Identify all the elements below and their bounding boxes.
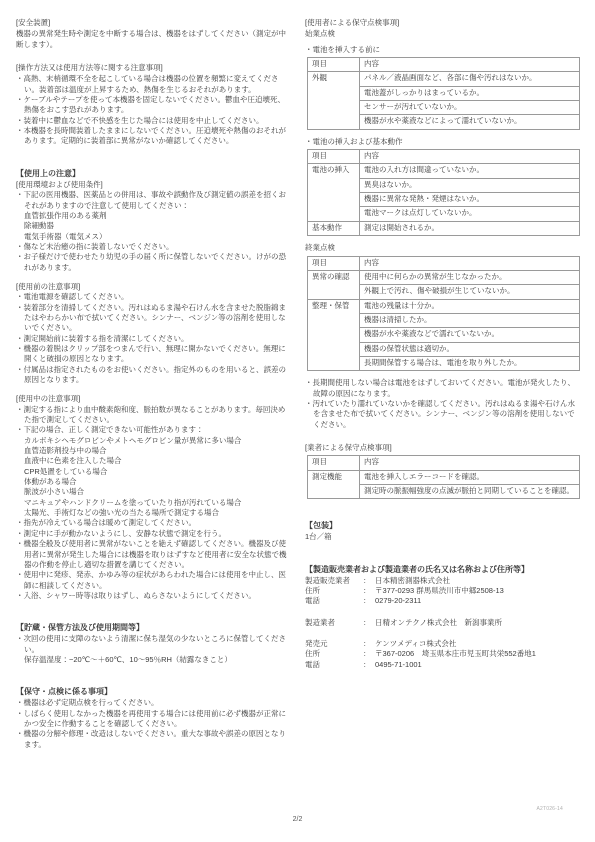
- bullet-text: ・入浴、シャワー時等は取りはずし、ぬらさないようにしてください。: [16, 591, 256, 600]
- bullet-item: ・入浴、シャワー時等は取りはずし、ぬらさないようにしてください。: [16, 591, 292, 601]
- table-row: 基本動作測定は開始されるか。: [308, 221, 580, 235]
- two-column-layout: [安全装置]機器の異常発生時や測定を中断する場合は、機器をはずしてください（測定…: [16, 18, 581, 750]
- info-label: 住所: [305, 649, 363, 659]
- bullet-text: ・機器の着脱はクリップ部をつまんで行い、無理に開かないでください。無理に開くと破…: [16, 344, 286, 363]
- inspection-table: 項目内容電池の挿入電池の入れ方は間違っていないか。異臭はないか。機器に異常な発熱…: [307, 149, 580, 236]
- bullet-item: ・長期間使用しない場合は電池をはずしておいてください。電池が発火したり、故障の原…: [305, 378, 581, 399]
- section-title: [業者による保守点検事項]: [305, 443, 581, 453]
- info-row: 発売元：ケンツメディコ株式会社: [305, 639, 581, 649]
- bullet-subline: 除細動器: [24, 221, 292, 231]
- bullet-item: ・装着中に鬱血などで不快感を生じた場合には使用を中止してください。: [16, 116, 292, 126]
- bullet-text: ・傷など未治癒の指に装着しないでください。: [16, 242, 174, 251]
- info-row: 製造業者：日精オンテクノ株式会社 新潟事業所: [305, 618, 581, 628]
- section: [操作方法又は使用方法等に関する注意事項]・高熱、末梢循環不全を起こしている場合…: [16, 63, 292, 147]
- section: 【製造販売業者および製造業者の氏名又は名称および住所等】製造販売業者：日本精密測…: [305, 564, 581, 670]
- info-value: 〒367-0206 埼玉県本庄市児玉町共栄552番地1: [375, 649, 581, 659]
- info-value: ケンツメディコ株式会社: [375, 639, 581, 649]
- table-header-cell: 項目: [308, 150, 360, 164]
- table-header-cell: 項目: [308, 256, 360, 270]
- bullet-text: ・本機器を長時間装着したままにしないでください。圧迫壊死や熱傷のおそれがあります…: [16, 126, 286, 145]
- bullet-item: ・測定開始前に装着する指を清潔にしてください。: [16, 334, 292, 344]
- subsection-title: [使用中の注意事項]: [16, 394, 292, 404]
- info-value: 0279-20-2311: [375, 596, 581, 606]
- table-content-cell: 異臭はないか。: [360, 178, 580, 192]
- table-header-cell: 内容: [360, 256, 580, 270]
- table-content-cell: 外観上で汚れ、傷や破損が生じていないか。: [360, 285, 580, 299]
- table-row: 測定機能電池を挿入しエラーコードを確認。: [308, 470, 580, 484]
- info-group: 製造業者：日精オンテクノ株式会社 新潟事業所: [305, 618, 581, 628]
- section-title: 【製造販売業者および製造業者の氏名又は名称および住所等】: [305, 564, 581, 575]
- section-title: 【貯蔵・保管方法及び使用期間等】: [16, 622, 292, 633]
- bullet-item: ・測定する指により血中酸素飽和度、脈拍数が異なることがあります。毎回決めた指で測…: [16, 405, 292, 426]
- section-title: [使用者による保守点検事項]: [305, 18, 581, 28]
- inspection-table: 項目内容外観パネル／液晶画面など、各部に傷や汚れはないか。電池蓋がしっかりはまっ…: [307, 57, 580, 130]
- bullet-text: ・装着部分を清掃してください。汚れはぬるま湯や石けん水を含ませた脱脂綿またはやわ…: [16, 303, 286, 333]
- inspection-table: 項目内容異常の確認使用中に何らかの異常が生じなかったか。外観上で汚れ、傷や破損が…: [307, 256, 580, 372]
- bullet-item: ・お子様だけで使わせたり幼児の手の届く所に保管しないでください。けがの恐れがあり…: [16, 252, 292, 273]
- bullet-text: ・ケーブルやテープを使って本機器を固定しないでください。鬱血や圧迫壊死、熱傷をお…: [16, 95, 285, 114]
- table-content-cell: 電池蓋がしっかりはまっているか。: [360, 86, 580, 100]
- bullet-text: ・測定中に手が動かないようにし、安静な状態で測定を行う。: [16, 529, 226, 538]
- table-content-cell: センサーが汚れていないか。: [360, 101, 580, 115]
- table-item-cell: 整理・保管: [308, 299, 360, 371]
- info-colon: ：: [363, 618, 375, 628]
- info-row: 電話：0495-71-1001: [305, 660, 581, 670]
- paragraph: 始業点検: [305, 29, 581, 39]
- paragraph: ・電池の挿入および基本動作: [305, 137, 581, 147]
- info-value: 0495-71-1001: [375, 660, 581, 670]
- bullet-text: ・しばらく使用しなかった機器を再使用する場合には使用前に必ず機器が正常にかつ安全…: [16, 709, 286, 728]
- bullet-text: ・高熱、末梢循環不全を起こしている場合は機器の位置を頻繁に変えてください。装着部…: [16, 74, 279, 93]
- table-content-cell: 測定は開始されるか。: [360, 221, 580, 235]
- section: 【貯蔵・保管方法及び使用期間等】・次回の使用に支障のないよう清潔に保ち湿気の少な…: [16, 622, 292, 665]
- table-content-cell: 測定時の脈振幅強度の点滅が脈拍と同期していることを確認。: [360, 485, 580, 499]
- paragraph: 終業点検: [305, 243, 581, 253]
- section: [業者による保守点検事項]項目内容測定機能電池を挿入しエラーコードを確認。測定時…: [305, 443, 581, 499]
- bullet-item: ・使用中に発疹、発赤、かゆみ等の症状があらわれた場合には使用を中止し、医師に相談…: [16, 570, 292, 591]
- bullet-text: ・指先が冷えている場合は暖めて測定してください。: [16, 518, 196, 527]
- bullet-subline: 血管造影剤投与中の場合: [24, 446, 292, 456]
- info-label: 製造販売業者: [305, 576, 363, 586]
- info-group: 製造販売業者：日本精密測器株式会社住所：〒377-0293 群馬県渋川市中郷25…: [305, 576, 581, 607]
- bullet-item: ・機器は必ず定期点検を行ってください。: [16, 698, 292, 708]
- bullet-text: ・装着中に鬱血などで不快感を生じた場合には使用を中止してください。: [16, 116, 264, 125]
- bullet-text: ・測定する指により血中酸素飽和度、脈拍数が異なることがあります。毎回決めた指で測…: [16, 405, 285, 424]
- section: 【保守・点検に係る事項】・機器は必ず定期点検を行ってください。・しばらく使用しな…: [16, 686, 292, 750]
- table-row: 異常の確認使用中に何らかの異常が生じなかったか。: [308, 270, 580, 284]
- info-label: 発売元: [305, 639, 363, 649]
- section-title: [操作方法又は使用方法等に関する注意事項]: [16, 63, 292, 73]
- table-content-cell: 機器に異常な発熱・発煙はないか。: [360, 193, 580, 207]
- bullet-text: ・機器は必ず定期点検を行ってください。: [16, 698, 159, 707]
- bullet-text: ・使用中に発疹、発赤、かゆみ等の症状があらわれた場合には使用を中止し、医師に相談…: [16, 570, 286, 589]
- table-header-row: 項目内容: [308, 456, 580, 470]
- bullet-item: ・下記の場合、正しく測定できない可能性があります：カルボキシヘモグロビンやメトヘ…: [16, 425, 292, 518]
- section-title: 【包装】: [305, 520, 581, 531]
- table-row: 電池の挿入電池の入れ方は間違っていないか。: [308, 164, 580, 178]
- bullet-text: ・機器全般及び使用者に異常がないことを絶えず確認してください。機器及び使用者に異…: [16, 539, 287, 569]
- table-item-cell: 測定機能: [308, 470, 360, 499]
- info-group: 発売元：ケンツメディコ株式会社住所：〒367-0206 埼玉県本庄市児玉町共栄5…: [305, 639, 581, 670]
- right-column: [使用者による保守点検事項]始業点検・電池を挿入する前に項目内容外観パネル／液晶…: [305, 18, 581, 750]
- table-content-cell: 機器が水や薬液などで濡れていないか。: [360, 328, 580, 342]
- section: [使用者による保守点検事項]始業点検・電池を挿入する前に項目内容外観パネル／液晶…: [305, 18, 581, 430]
- section-title: 【保守・点検に係る事項】: [16, 686, 292, 697]
- table-header-row: 項目内容: [308, 58, 580, 72]
- bullet-subline: 太陽光、手術灯などの強い光の当たる場所で測定する場合: [24, 508, 292, 518]
- table-row: 外観パネル／液晶画面など、各部に傷や汚れはないか。: [308, 72, 580, 86]
- subsection-title: [使用環境および使用条件]: [16, 180, 292, 190]
- table-content-cell: 電池の残量は十分か。: [360, 299, 580, 313]
- info-row: 住所：〒367-0206 埼玉県本庄市児玉町共栄552番地1: [305, 649, 581, 659]
- bullet-subline: 電気手術器（電気メス）: [24, 232, 292, 242]
- info-label: 製造業者: [305, 618, 363, 628]
- bullet-text: ・機器の分解や修理・改造はしないでください。重大な事故や誤差の原因となります。: [16, 729, 286, 748]
- bullet-item: ・次回の使用に支障のないよう清潔に保ち湿気の少ないところに保管してください。保存…: [16, 634, 292, 665]
- subsection-title: [使用前の注意事項]: [16, 282, 292, 292]
- info-label: 電話: [305, 596, 363, 606]
- inspection-table: 項目内容測定機能電池を挿入しエラーコードを確認。測定時の脈振幅強度の点滅が脈拍と…: [307, 455, 580, 499]
- bullet-text: ・次回の使用に支障のないよう清潔に保ち湿気の少ないところに保管してください。: [16, 634, 286, 653]
- bullet-item: ・指先が冷えている場合は暖めて測定してください。: [16, 518, 292, 528]
- table-header-cell: 内容: [360, 150, 580, 164]
- info-row: 住所：〒377-0293 群馬県渋川市中郷2508-13: [305, 586, 581, 596]
- table-content-cell: 長期間保管する場合は、電池を取り外したか。: [360, 356, 580, 370]
- bullet-text: ・付属品は指定されたものをお使いください。指定外のものを用いると、誤差の原因とな…: [16, 365, 286, 384]
- info-colon: ：: [363, 586, 375, 596]
- bullet-text: ・測定開始前に装着する指を清潔にしてください。: [16, 334, 189, 343]
- paragraph: 1台／箱: [305, 532, 581, 542]
- section: [安全装置]機器の異常発生時や測定を中断する場合は、機器をはずしてください（測定…: [16, 18, 292, 50]
- bullet-item: ・機器全般及び使用者に異常がないことを絶えず確認してください。機器及び使用者に異…: [16, 539, 292, 570]
- bullet-text: ・汚れていたり濡れていないかを確認してください。汚れはぬるま湯や石けん水を含ませ…: [305, 399, 575, 429]
- info-row: 電話：0279-20-2311: [305, 596, 581, 606]
- bullet-text: ・お子様だけで使わせたり幼児の手の届く所に保管しないでください。けがの恐れがあり…: [16, 252, 286, 271]
- section-title: [安全装置]: [16, 18, 292, 28]
- bullet-item: ・しばらく使用しなかった機器を再使用する場合には使用前に必ず機器が正常にかつ安全…: [16, 709, 292, 730]
- section-title: 【使用上の注意】: [16, 168, 292, 179]
- table-content-cell: 機器は清掃したか。: [360, 313, 580, 327]
- table-content-cell: 電池を挿入しエラーコードを確認。: [360, 470, 580, 484]
- bullet-item: ・高熱、末梢循環不全を起こしている場合は機器の位置を頻繁に変えてください。装着部…: [16, 74, 292, 95]
- bullet-item: ・傷など未治癒の指に装着しないでください。: [16, 242, 292, 252]
- table-item-cell: 外観: [308, 72, 360, 129]
- table-content-cell: 電池の入れ方は間違っていないか。: [360, 164, 580, 178]
- paragraph: 機器の異常発生時や測定を中断する場合は、機器をはずしてください（測定が中断します…: [16, 29, 292, 50]
- table-content-cell: 使用中に何らかの異常が生じなかったか。: [360, 270, 580, 284]
- bullet-item: ・電池電源を確認してください。: [16, 292, 292, 302]
- table-item-cell: 電池の挿入: [308, 164, 360, 221]
- table-content-cell: 機器が水や薬液などによって濡れていないか。: [360, 115, 580, 129]
- page-number: 2/2: [0, 815, 595, 825]
- info-row: 製造販売業者：日本精密測器株式会社: [305, 576, 581, 586]
- bullet-subline: カルボキシヘモグロビンやメトヘモグロビン量が異常に多い場合: [24, 436, 292, 446]
- bullet-item: ・付属品は指定されたものをお使いください。指定外のものを用いると、誤差の原因とな…: [16, 365, 292, 386]
- table-content-cell: 電池マークは点灯していないか。: [360, 207, 580, 221]
- table-content-cell: パネル／液晶画面など、各部に傷や汚れはないか。: [360, 72, 580, 86]
- left-column: [安全装置]機器の異常発生時や測定を中断する場合は、機器をはずしてください（測定…: [16, 18, 292, 750]
- table-content-cell: 機器の保管状態は適切か。: [360, 342, 580, 356]
- table-header-cell: 項目: [308, 58, 360, 72]
- info-colon: ：: [363, 596, 375, 606]
- table-header-cell: 内容: [360, 58, 580, 72]
- bullet-subline: 体動がある場合: [24, 477, 292, 487]
- table-row: 整理・保管電池の残量は十分か。: [308, 299, 580, 313]
- bullet-subline: 保存温湿度：−20℃〜＋60℃、10〜95％RH（結露なきこと）: [24, 655, 292, 665]
- bullet-item: ・機器の着脱はクリップ部をつまんで行い、無理に開かないでください。無理に開くと破…: [16, 344, 292, 365]
- bullet-subline: 脈波が小さい場合: [24, 487, 292, 497]
- bullet-text: ・電池電源を確認してください。: [16, 292, 129, 301]
- bullet-subline: CPR処置をしている場合: [24, 467, 292, 477]
- manual-page: [安全装置]機器の異常発生時や測定を中断する場合は、機器をはずしてください（測定…: [0, 0, 595, 842]
- table-item-cell: 基本動作: [308, 221, 360, 235]
- table-item-cell: 異常の確認: [308, 270, 360, 299]
- section: 【包装】1台／箱: [305, 520, 581, 542]
- section: 【使用上の注意】[使用環境および使用条件]・下記の医用機器、医薬品との併用は、事…: [16, 168, 292, 601]
- info-colon: ：: [363, 576, 375, 586]
- table-header-cell: 内容: [360, 456, 580, 470]
- table-header-row: 項目内容: [308, 256, 580, 270]
- bullet-subline: 血管拡張作用のある薬剤: [24, 211, 292, 221]
- info-colon: ：: [363, 660, 375, 670]
- bullet-subline: 血液中に色素を注入した場合: [24, 456, 292, 466]
- info-value: 〒377-0293 群馬県渋川市中郷2508-13: [375, 586, 581, 596]
- document-code: A2T026-14: [536, 806, 563, 813]
- info-label: 住所: [305, 586, 363, 596]
- bullet-text: ・下記の医用機器、医薬品との併用は、事故や誤動作及び測定値の誤差を招くおそれがあ…: [16, 190, 286, 209]
- bullet-item: ・ケーブルやテープを使って本機器を固定しないでください。鬱血や圧迫壊死、熱傷をお…: [16, 95, 292, 116]
- bullet-item: ・下記の医用機器、医薬品との併用は、事故や誤動作及び測定値の誤差を招くおそれがあ…: [16, 190, 292, 242]
- bullet-item: ・測定中に手が動かないようにし、安静な状態で測定を行う。: [16, 529, 292, 539]
- info-value: 日本精密測器株式会社: [375, 576, 581, 586]
- info-label: 電話: [305, 660, 363, 670]
- bullet-item: ・機器の分解や修理・改造はしないでください。重大な事故や誤差の原因となります。: [16, 729, 292, 750]
- bullet-item: ・汚れていたり濡れていないかを確認してください。汚れはぬるま湯や石けん水を含ませ…: [305, 399, 581, 430]
- bullet-text: ・長期間使用しない場合は電池をはずしておいてください。電池が発火したり、故障の原…: [305, 378, 575, 397]
- bullet-subline: マニキュアやハンドクリームを塗っていたり指が汚れている場合: [24, 498, 292, 508]
- paragraph: ・電池を挿入する前に: [305, 45, 581, 55]
- table-header-cell: 項目: [308, 456, 360, 470]
- info-colon: ：: [363, 639, 375, 649]
- bullet-item: ・装着部分を清掃してください。汚れはぬるま湯や石けん水を含ませた脱脂綿またはやわ…: [16, 303, 292, 334]
- bullet-text: ・下記の場合、正しく測定できない可能性があります：: [16, 425, 204, 434]
- table-header-row: 項目内容: [308, 150, 580, 164]
- bullet-item: ・本機器を長時間装着したままにしないでください。圧迫壊死や熱傷のおそれがあります…: [16, 126, 292, 147]
- info-value: 日精オンテクノ株式会社 新潟事業所: [375, 618, 581, 628]
- info-colon: ：: [363, 649, 375, 659]
